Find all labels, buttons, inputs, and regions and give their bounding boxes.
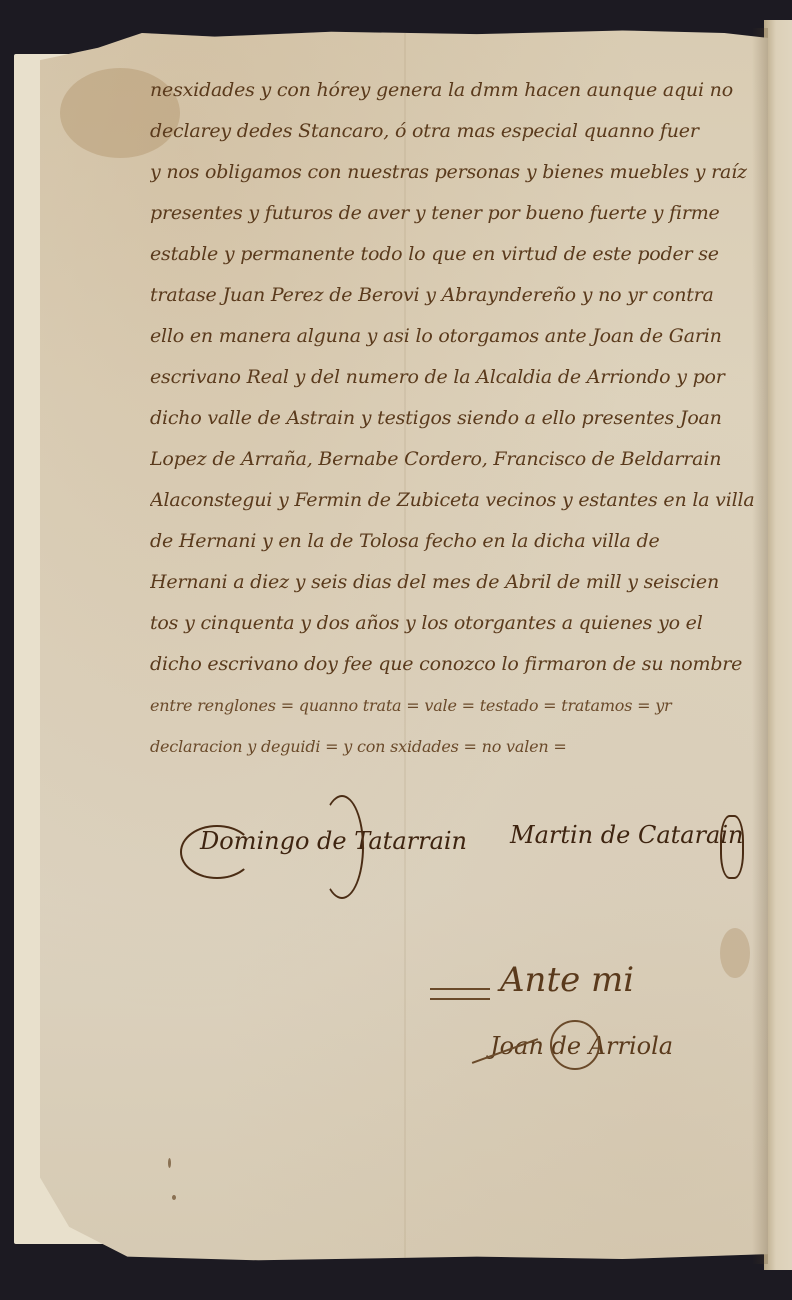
notary-signature: Ante mi Joan de Arriola xyxy=(430,950,770,1120)
text-line: Lopez de Arraña, Bernabe Cordero, Franci… xyxy=(150,439,770,480)
text-line: tos y cinquenta y dos años y los otorgan… xyxy=(150,603,770,644)
text-line: dicho escrivano doy fee que conozco lo f… xyxy=(150,644,770,685)
signature-flourish-icon xyxy=(320,795,364,899)
text-line: nesxidades y con hórey genera la dmm hac… xyxy=(150,70,770,111)
text-line: Hernani a diez y seis dias del mes de Ab… xyxy=(150,562,770,603)
text-line: declarey dedes Stancaro, ó otra mas espe… xyxy=(150,111,770,152)
notary-circle-flourish-icon xyxy=(550,1020,600,1070)
signature-rubric-icon xyxy=(720,815,744,879)
notary-rubric: Ante mi xyxy=(500,960,634,1000)
manuscript-text: nesxidades y con hórey genera la dmm hac… xyxy=(150,70,770,767)
text-line: estable y permanente todo lo que en virt… xyxy=(150,234,770,275)
text-line-correction: declaracion y deguidi = y con sxidades =… xyxy=(150,726,770,767)
text-line: tratase Juan Perez de Berovi y Abraynder… xyxy=(150,275,770,316)
signature-row: Domingo de Tatarrain Martin de Catarain xyxy=(180,805,780,895)
text-line: presentes y futuros de aver y tener por … xyxy=(150,193,770,234)
text-line: escrivano Real y del numero de la Alcald… xyxy=(150,357,770,398)
text-line: ello en manera alguna y asi lo otorgamos… xyxy=(150,316,770,357)
text-line: de Hernani y en la de Tolosa fecho en la… xyxy=(150,521,770,562)
ink-spot xyxy=(168,1158,171,1168)
ink-spot xyxy=(172,1195,176,1200)
text-line: Alaconstegui y Fermin de Zubiceta vecino… xyxy=(150,480,770,521)
signature-martin: Martin de Catarain xyxy=(510,821,744,849)
text-line: dicho valle de Astrain y testigos siendo… xyxy=(150,398,770,439)
text-line-correction: entre renglones = quanno trata = vale = … xyxy=(150,685,770,726)
rubric-stroke xyxy=(430,988,490,990)
rubric-stroke xyxy=(430,998,490,1000)
text-line: y nos obligamos con nuestras personas y … xyxy=(150,152,770,193)
